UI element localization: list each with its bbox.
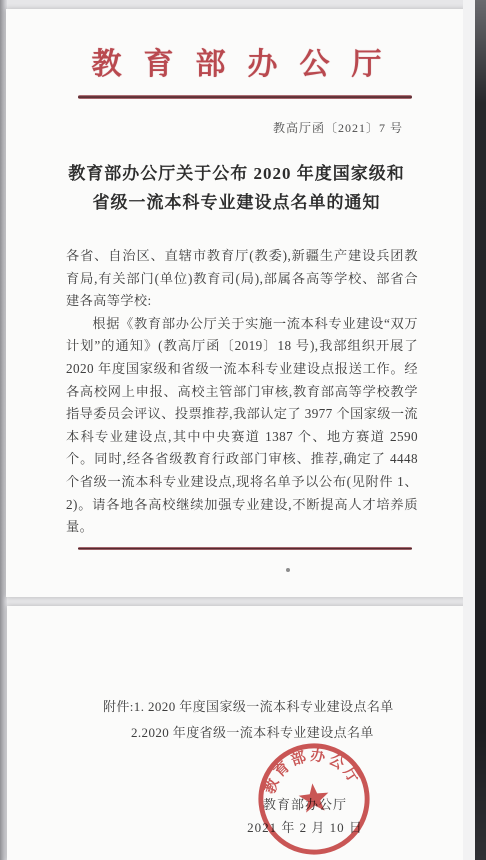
notice-page-1: 教育部办公厅 教高厅函〔2021〕7 号 教育部办公厅关于公布 2020 年度国… [6, 9, 467, 597]
scanned-notice-photo: 教育部办公厅 教高厅函〔2021〕7 号 教育部办公厅关于公布 2020 年度国… [0, 0, 486, 860]
official-seal: 教育部办公厅 [247, 732, 381, 860]
document-number: 教高厅函〔2021〕7 号 [6, 119, 403, 136]
document-title-line1: 教育部办公厅关于公布 2020 年度国家级和 [68, 164, 405, 183]
seal-star-icon [297, 782, 330, 813]
page-number-mark [286, 568, 290, 572]
letterhead-red-rule [78, 95, 412, 99]
seal-arc-text: 教育部办公厅 [257, 741, 364, 798]
attachment-item-1: 附件:1. 2020 年度国家级一流本科专业建设点名单 [103, 694, 394, 720]
notice-page-2: 附件:1. 2020 年度国家级一流本科专业建设点名单 2.2020 年度省级一… [7, 606, 469, 860]
photo-right-edge [475, 0, 486, 860]
letterhead-title: 教育部办公厅 [6, 39, 467, 83]
footer-red-rule [78, 547, 412, 550]
document-body: 各省、自治区、直辖市教育厅(教委),新疆生产建设兵团教育局,有关部门(单位)教育… [66, 245, 418, 539]
document-title: 教育部办公厅关于公布 2020 年度国家级和 省级一流本科专业建设点名单的通知 [44, 159, 429, 217]
photo-right-gutter [463, 0, 475, 860]
document-title-line2: 省级一流本科专业建设点名单的通知 [93, 193, 381, 212]
body-paragraph: 根据《教育部办公厅关于实施一流本科专业建设“双万计划”的通知》(教高厅函〔201… [66, 313, 418, 539]
salutation: 各省、自治区、直辖市教育厅(教委),新疆生产建设兵团教育局,有关部门(单位)教育… [66, 245, 418, 313]
